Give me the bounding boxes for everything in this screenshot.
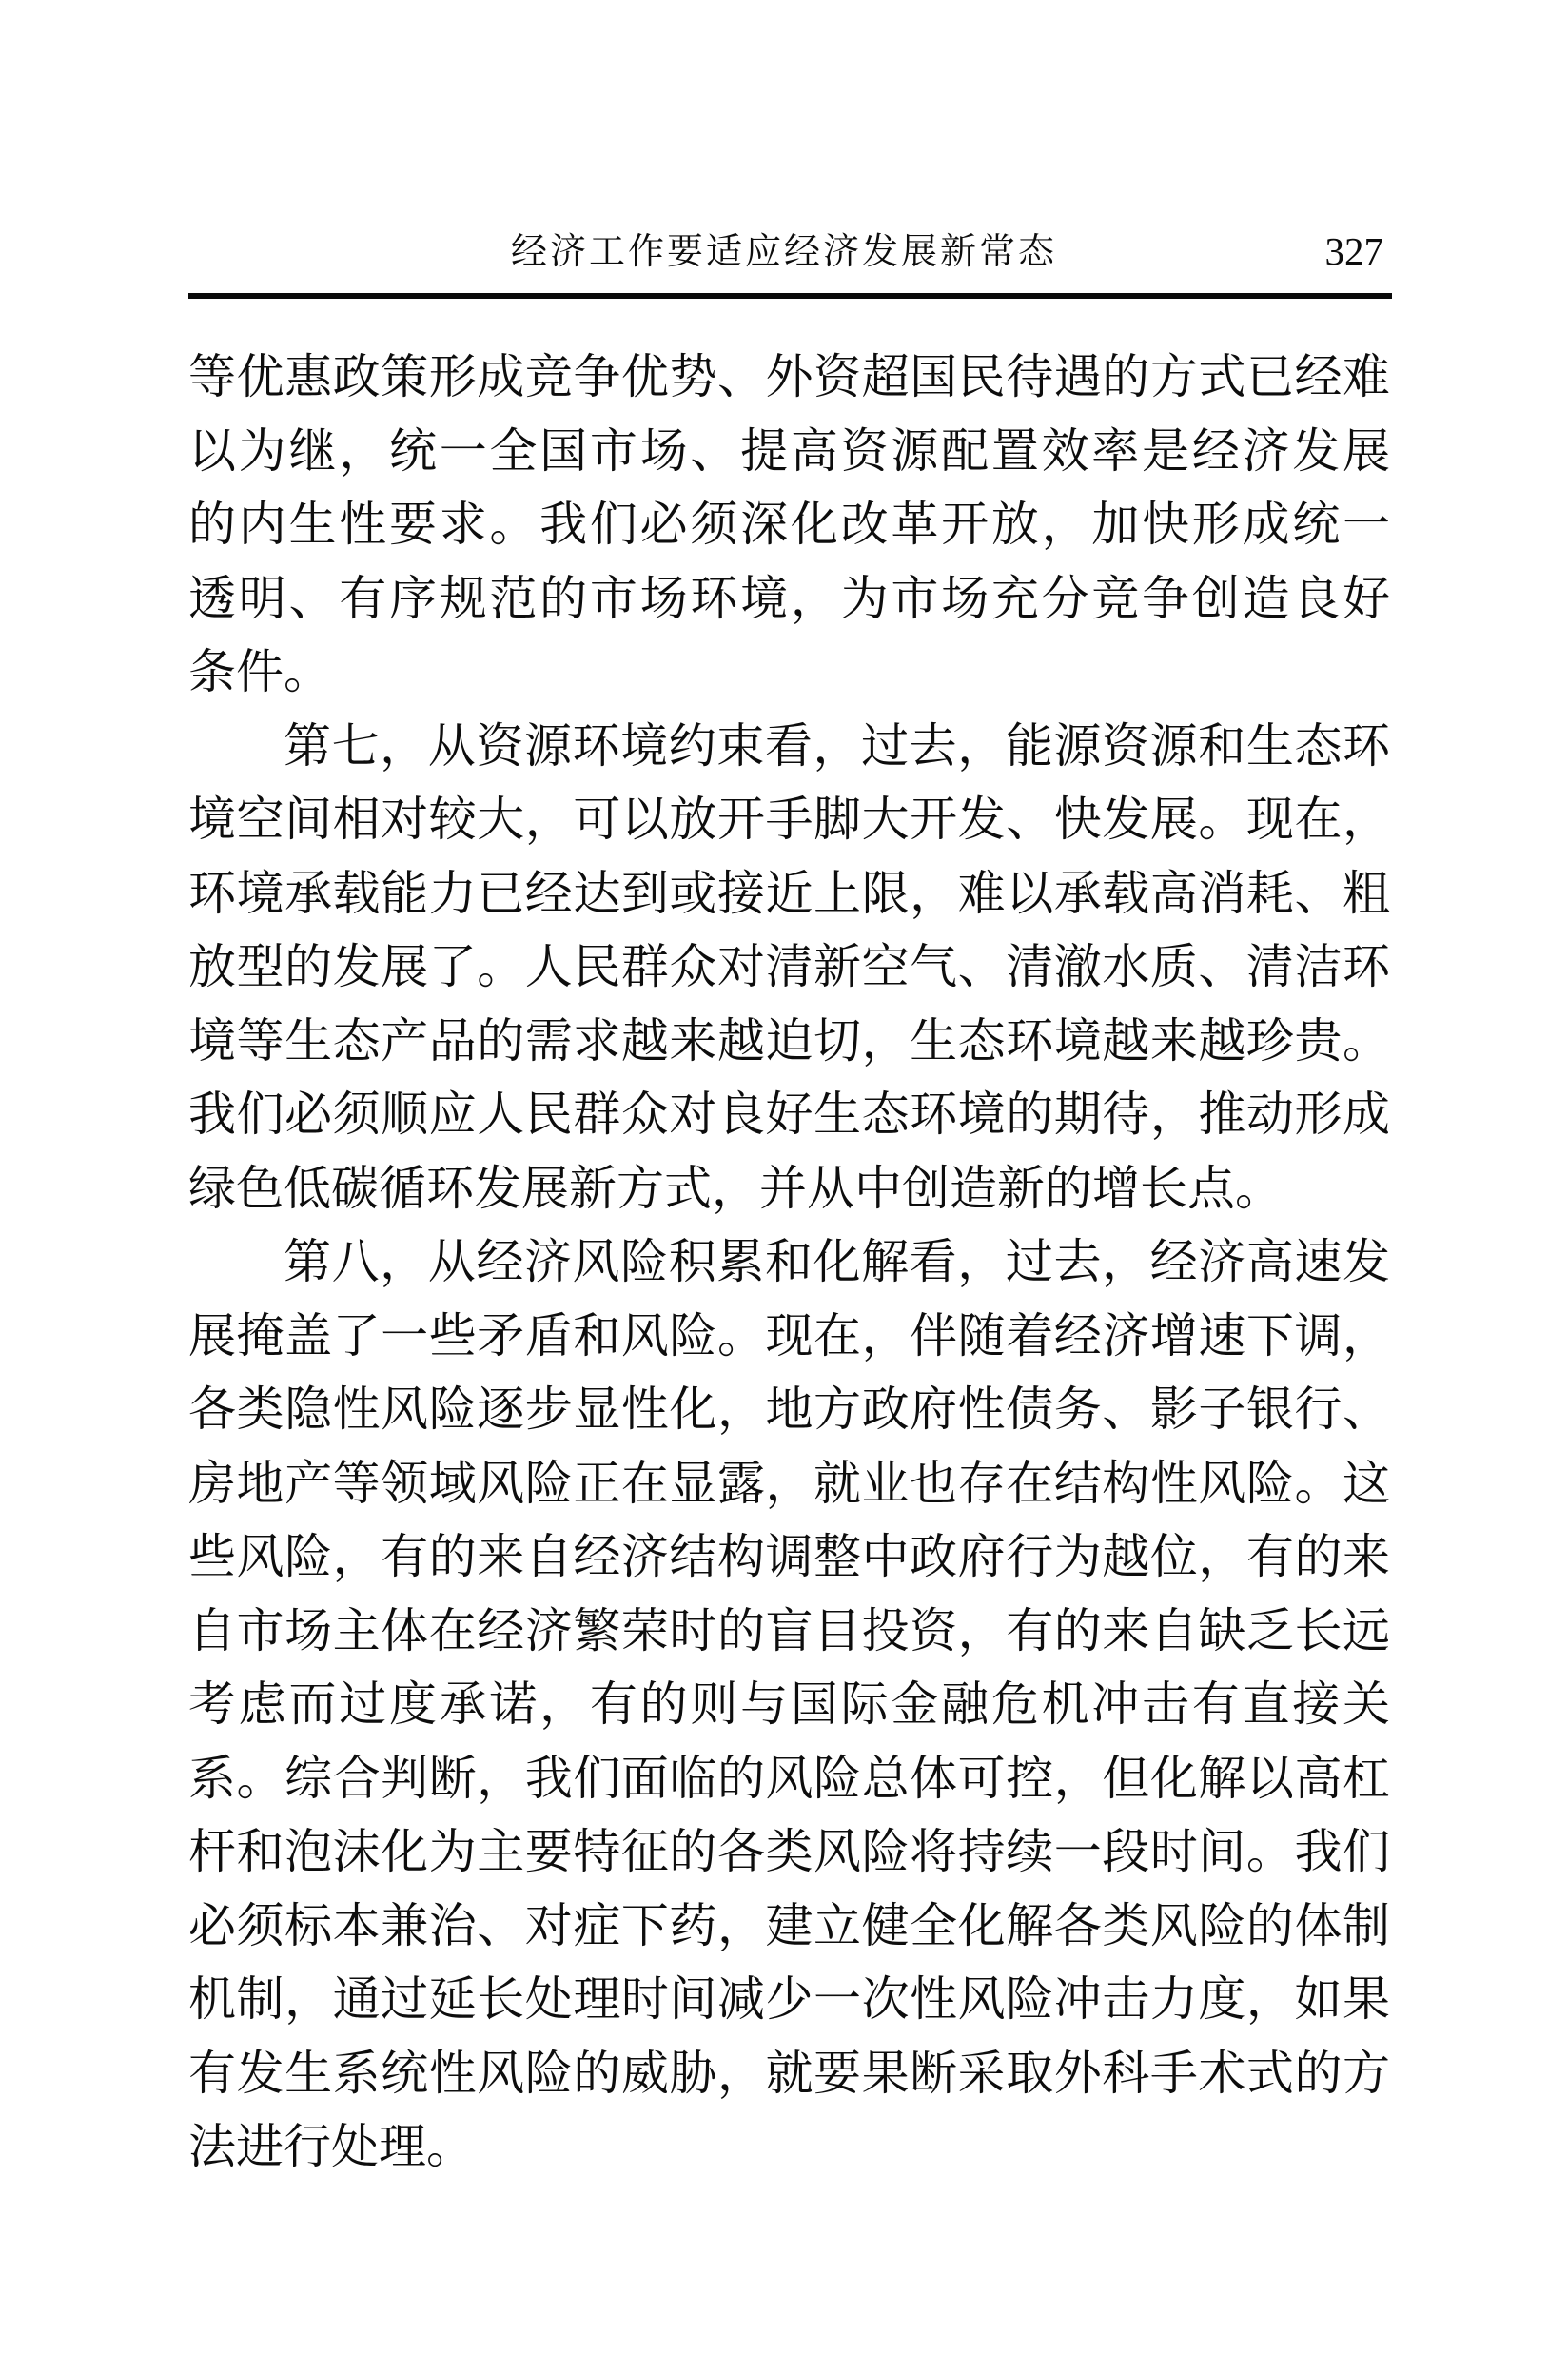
header-rule <box>188 293 1392 299</box>
text-line: 第八，从经济风险积累和化解看，过去，经济高速发 <box>188 1226 1390 1300</box>
text-line: 各类隐性风险逐步显性化，地方政府性债务、影子银行、 <box>188 1373 1390 1447</box>
text-line: 考虑而过度承诺，有的则与国际金融危机冲击有直接关 <box>188 1668 1390 1742</box>
text-line: 第七，从资源环境约束看，过去，能源资源和生态环 <box>188 710 1390 784</box>
text-line: 自市场主体在经济繁荣时的盲目投资，有的来自缺乏长远 <box>188 1595 1390 1669</box>
text-line: 环境承载能力已经达到或接近上限，难以承载高消耗、粗 <box>188 857 1390 931</box>
text-line: 法进行处理。 <box>188 2110 1390 2185</box>
text-line: 条件。 <box>188 636 1390 710</box>
text-line: 等优惠政策形成竞争优势、外资超国民待遇的方式已经难 <box>188 341 1390 415</box>
text-line: 必须标本兼治、对症下药，建立健全化解各类风险的体制 <box>188 1890 1390 1964</box>
text-line: 系。综合判断，我们面临的风险总体可控，但化解以高杠 <box>188 1742 1390 1816</box>
text-line: 房地产等领域风险正在显露，就业也存在结构性风险。这 <box>188 1447 1390 1521</box>
text-line: 我们必须顺应人民群众对良好生态环境的期待，推动形成 <box>188 1078 1390 1152</box>
text-line: 些风险，有的来自经济结构调整中政府行为越位，有的来 <box>188 1520 1390 1595</box>
text-line: 有发生系统性风险的威胁，就要果断采取外科手术式的方 <box>188 2037 1390 2111</box>
text-line: 展掩盖了一些矛盾和风险。现在，伴随着经济增速下调， <box>188 1300 1390 1374</box>
book-page: 经济工作要适应经济发展新常态 327 等优惠政策形成竞争优势、外资超国民待遇的方… <box>0 0 1568 2353</box>
text-line: 以为继，统一全国市场、提高资源配置效率是经济发展 <box>188 415 1390 489</box>
text-line: 放型的发展了。人民群众对清新空气、清澈水质、清洁环 <box>188 931 1390 1005</box>
text-line: 境等生态产品的需求越来越迫切，生态环境越来越珍贵。 <box>188 1005 1390 1079</box>
text-line: 的内生性要求。我们必须深化改革开放，加快形成统一 <box>188 488 1390 562</box>
text-line: 绿色低碳循环发展新方式，并从中创造新的增长点。 <box>188 1152 1390 1226</box>
text-line: 透明、有序规范的市场环境，为市场充分竞争创造良好 <box>188 562 1390 637</box>
page-number: 327 <box>1325 229 1384 273</box>
body-text: 等优惠政策形成竞争优势、外资超国民待遇的方式已经难以为继，统一全国市场、提高资源… <box>188 341 1390 2185</box>
text-line: 境空间相对较大，可以放开手脚大开发、快发展。现在， <box>188 783 1390 857</box>
text-line: 机制，通过延长处理时间减少一次性风险冲击力度，如果 <box>188 1963 1390 2037</box>
text-line: 杆和泡沫化为主要特征的各类风险将持续一段时间。我们 <box>188 1815 1390 1890</box>
